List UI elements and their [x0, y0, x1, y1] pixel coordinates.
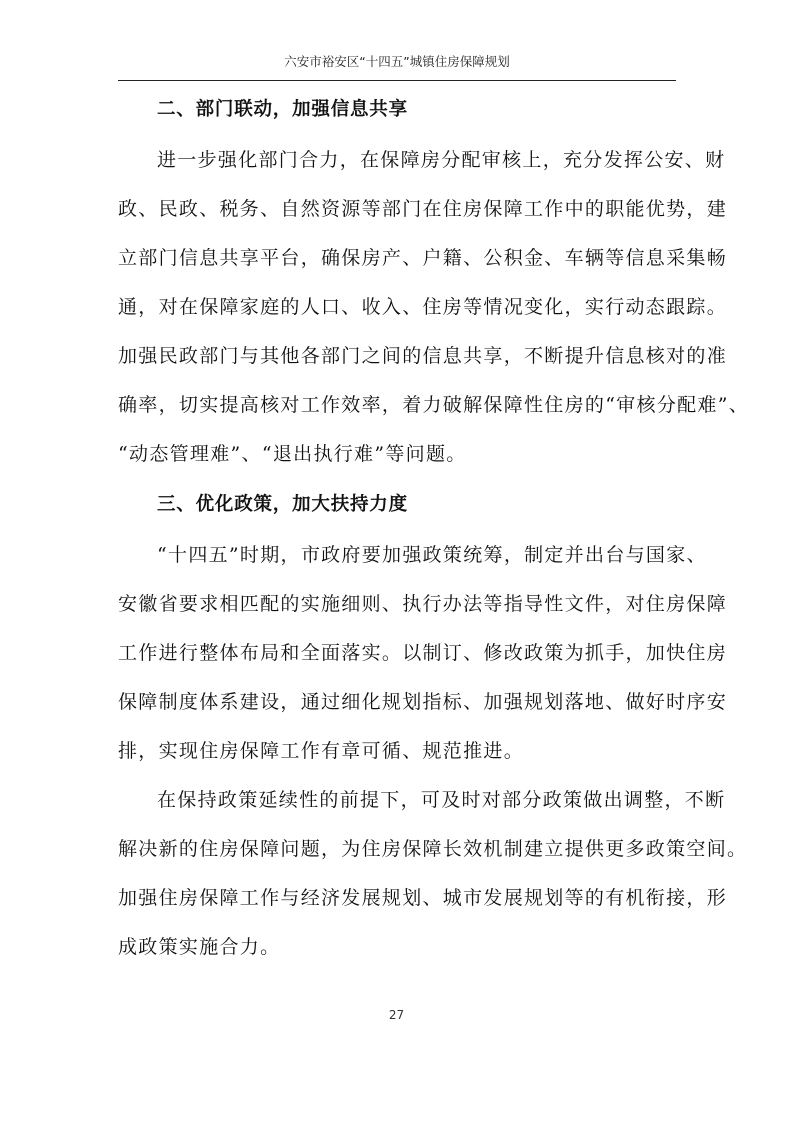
- text-line: “十四五”时期，市政府要加强政策统筹，制定并出台与国家、: [157, 543, 717, 567]
- text-line: 排，实现住房保障工作有章可循、规范推进。: [118, 739, 678, 763]
- text-line: 加强住房保障工作与经济发展规划、城市发展规划等的有机衔接，形: [118, 886, 678, 910]
- text-line: 政、民政、税务、自然资源等部门在住房保障工作中的职能优势，建: [118, 197, 678, 221]
- text-line: 安徽省要求相匹配的实施细则、执行办法等指导性文件，对住房保障: [118, 592, 678, 616]
- section-heading: 二、部门联动，加强信息共享: [157, 98, 717, 122]
- text-line: “动态管理难”、“退出执行难”等问题。: [118, 442, 678, 466]
- text-line: 确率，切实提高核对工作效率，着力破解保障性住房的“审核分配难”、: [118, 393, 678, 417]
- section-heading: 三、优化政策，加大扶持力度: [157, 493, 717, 517]
- text-line: 进一步强化部门合力，在保障房分配审核上，充分发挥公安、财: [157, 148, 717, 172]
- running-header: 六安市裕安区“十四五”城镇住房保障规划: [118, 52, 676, 70]
- text-line: 成政策实施合力。: [118, 935, 678, 959]
- page-number: 27: [0, 1008, 793, 1022]
- text-line: 保障制度体系建设，通过细化规划指标、加强规划落地、做好时序安: [118, 690, 678, 714]
- text-line: 通，对在保障家庭的人口、收入、住房等情况变化，实行动态跟踪。: [118, 295, 678, 319]
- header-divider: [118, 80, 676, 81]
- text-line: 工作进行整体布局和全面落实。以制订、修改政策为抓手，加快住房: [118, 641, 678, 665]
- text-line: 在保持政策延续性的前提下，可及时对部分政策做出调整，不断: [157, 788, 717, 812]
- text-line: 解决新的住房保障问题，为住房保障长效机制建立提供更多政策空间。: [118, 837, 678, 861]
- text-line: 加强民政部门与其他各部门之间的信息共享，不断提升信息核对的准: [118, 344, 678, 368]
- text-line: 立部门信息共享平台，确保房产、户籍、公积金、车辆等信息采集畅: [118, 246, 678, 270]
